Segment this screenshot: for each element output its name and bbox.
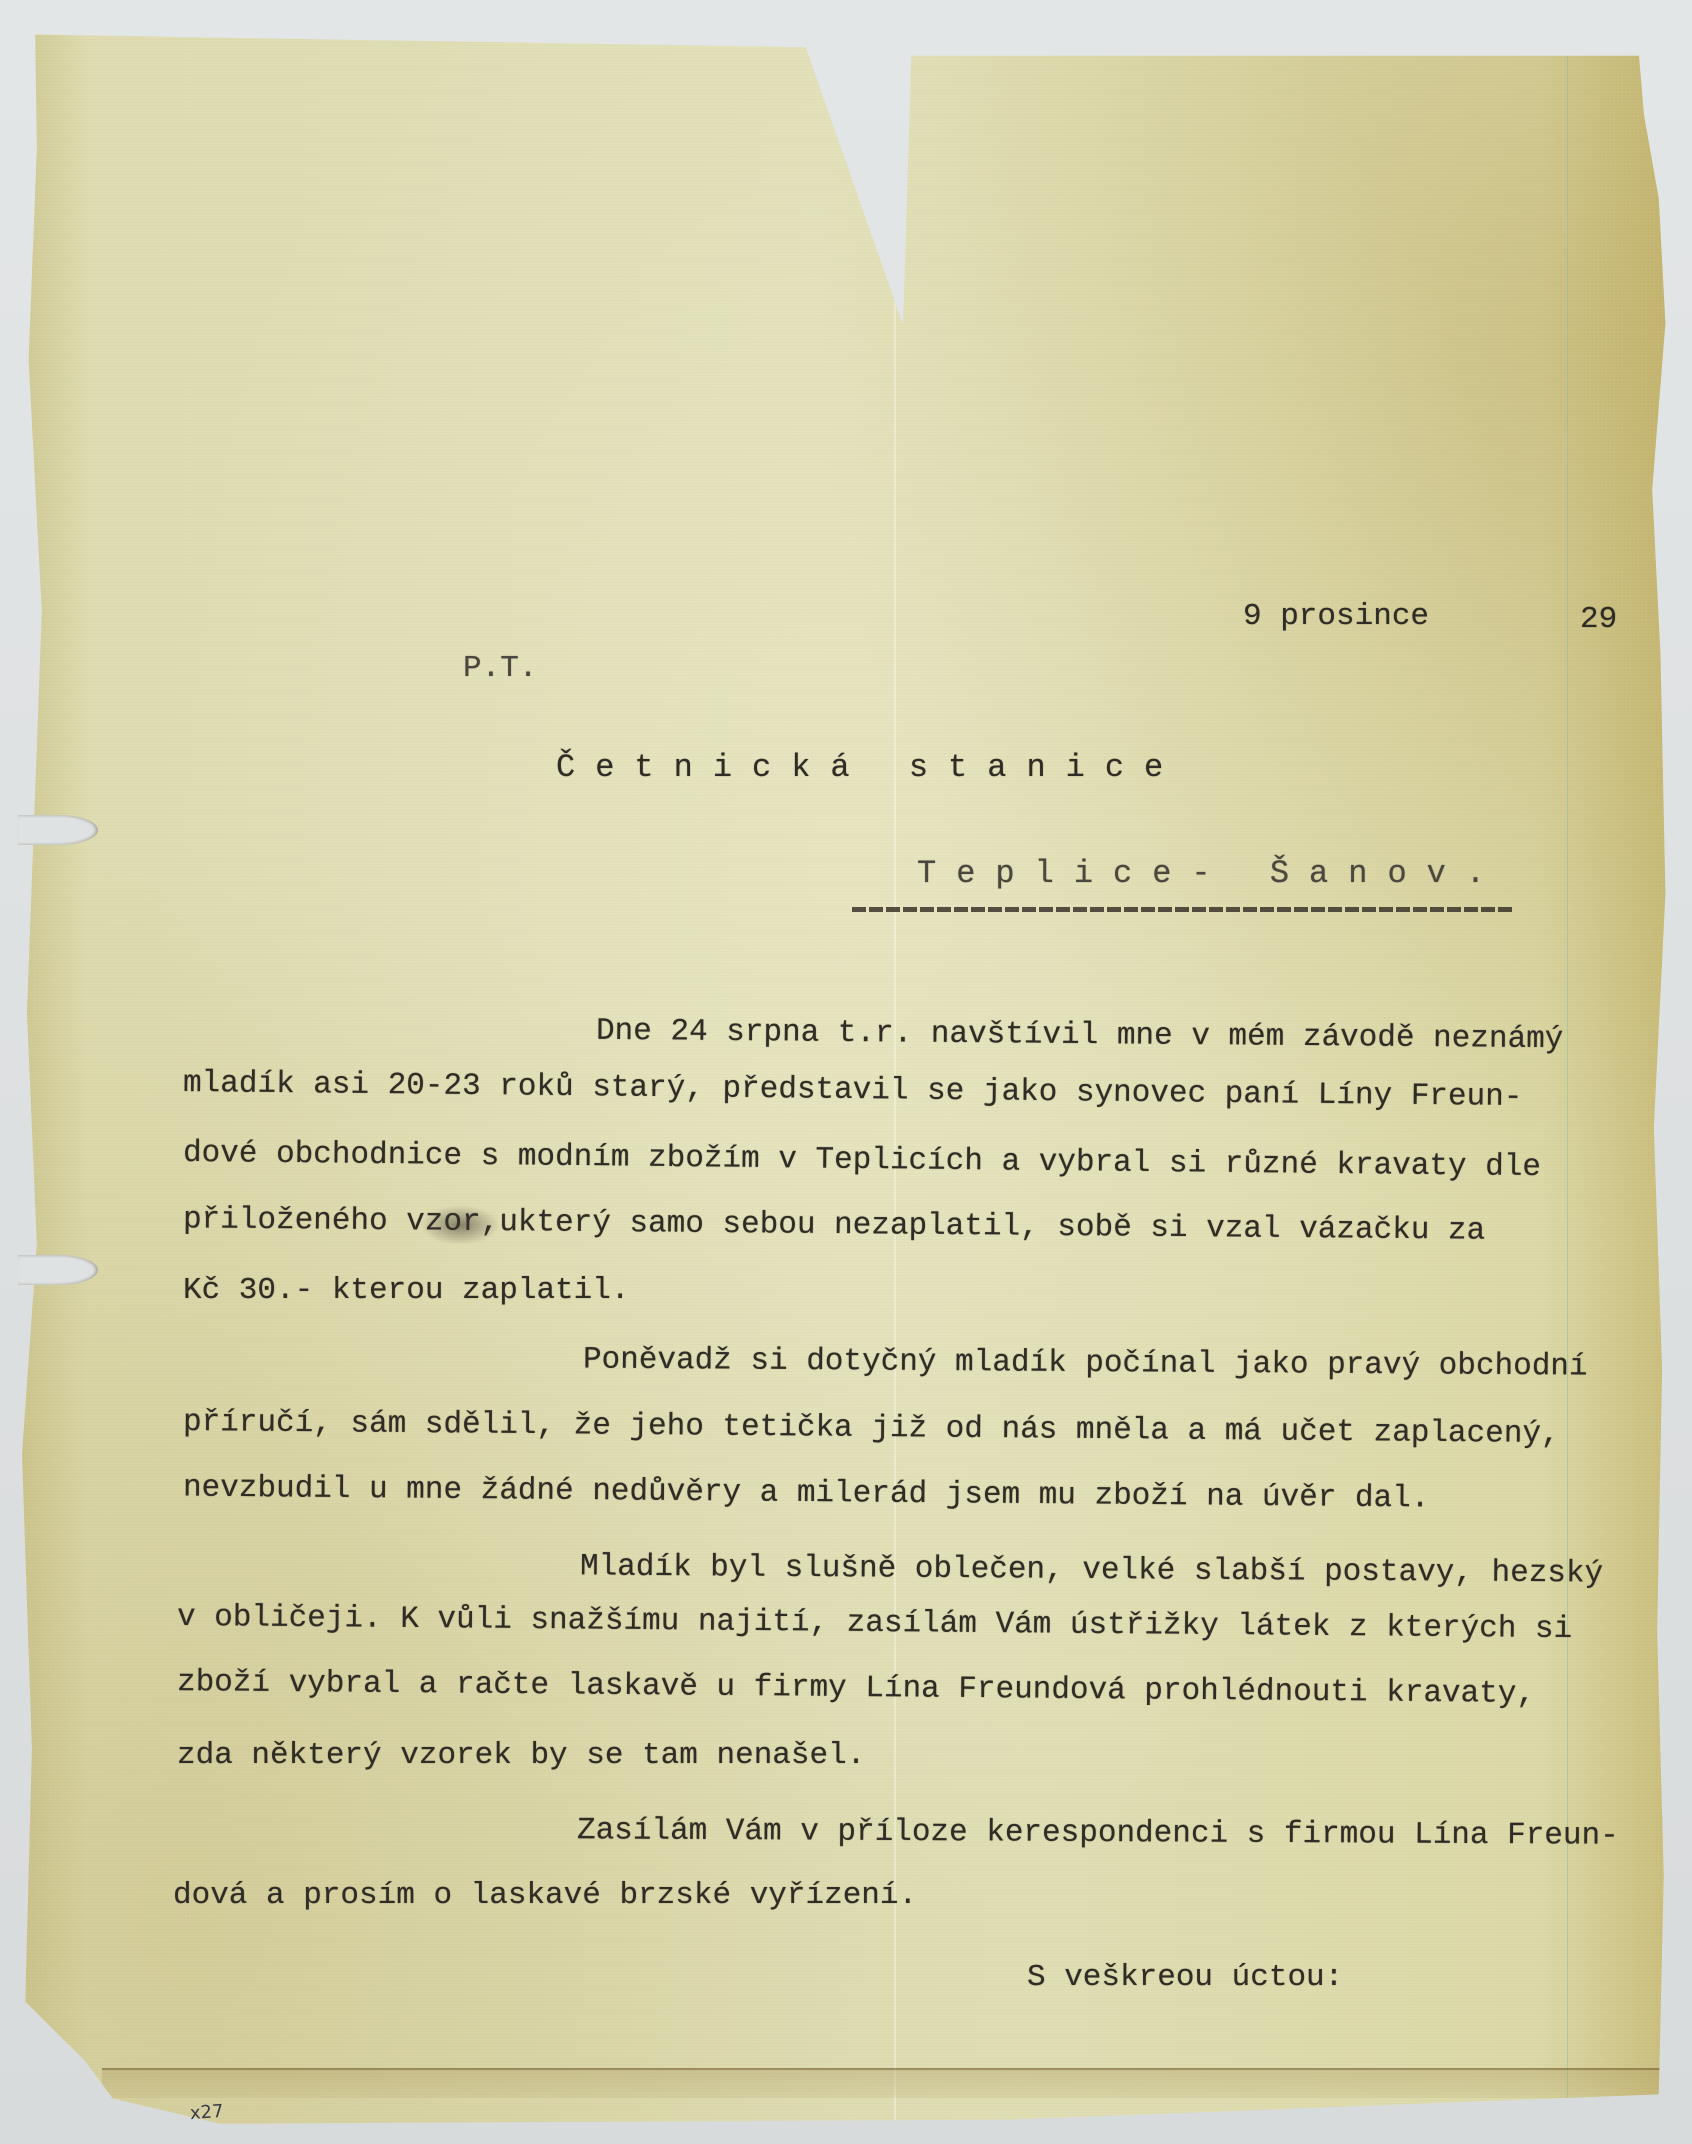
date-year: 29 (1580, 604, 1617, 635)
paragraph-line: Mladík byl slušně oblečen, velké slabší … (580, 1551, 1603, 1589)
bottom-folded-edge (102, 2068, 1672, 2098)
paragraph-line: Poněvadž si dotyčný mladík počínal jako … (583, 1344, 1588, 1382)
recipient-line-1: Četnická stanice (556, 752, 1183, 784)
paragraph-line: zda některý vzorek by se tam nenašel. (177, 1740, 865, 1771)
right-margin-line (1567, 22, 1568, 2128)
punch-hole-top (18, 815, 98, 845)
closing-line: S veškreou úctou: (1027, 1962, 1343, 1993)
recipient-underline (852, 907, 1514, 912)
ink-smudge (420, 1205, 500, 1245)
recipient-line-2: Teplice- Šanov. (917, 858, 1505, 890)
pencil-annotation: x27 (189, 2101, 224, 2124)
salutation: P.T. (463, 653, 537, 684)
punch-hole-bottom (18, 1255, 98, 1285)
paragraph-line: dová a prosím o laskavé brzské vyřízení. (173, 1880, 917, 1911)
paragraph-line: Zasílám Vám v příloze kerespondenci s fi… (577, 1815, 1619, 1851)
paragraph-line: Dne 24 srpna t.r. navštívil mne v mém zá… (596, 1016, 1564, 1055)
date-day-month: 9 prosince (1243, 601, 1429, 632)
paragraph-line: Kč 30.- kterou zaplatil. (183, 1275, 629, 1306)
